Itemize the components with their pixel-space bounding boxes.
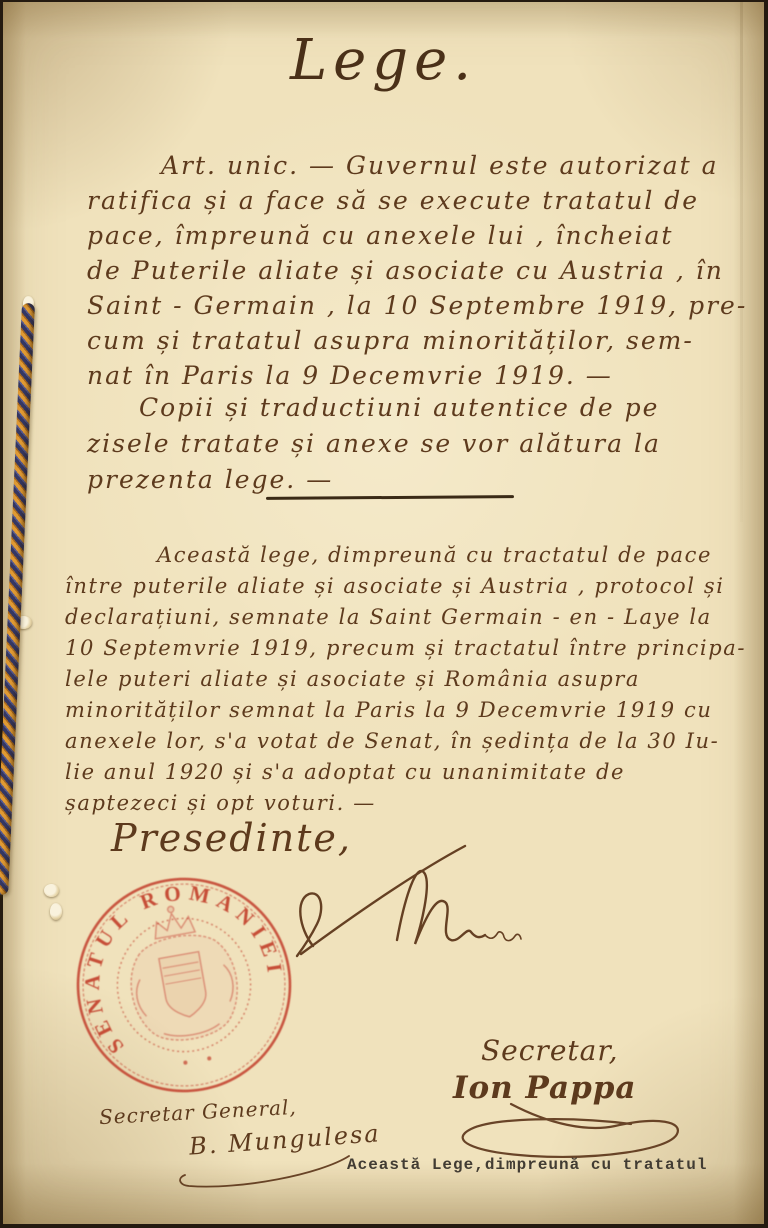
section-divider [266,495,514,500]
secretary-general-flourish [171,1152,361,1196]
manuscript-line: pace, împreună cu anexele lui , încheiat [87,218,747,253]
manuscript-line: declarațiuni, semnate la Saint Germain -… [65,602,746,633]
manuscript-line: de Puterile aliate și asociate cu Austri… [87,253,747,288]
manuscript-line: 10 Septemvrie 1919, precum și tractatul … [65,633,746,664]
manuscript-line: Această lege, dimpreună cu tractatul de … [65,540,746,571]
page-title: Lege. [3,28,764,93]
manuscript-line: cum și tratatul asupra minorităților, se… [87,323,747,358]
manuscript-line: lele puteri aliate și asociate și Români… [65,664,746,695]
manuscript-line: șaptezeci și opt voturi. — [65,788,746,819]
manuscript-line: anexele lor, s'a votat de Senat, în ședi… [65,726,746,757]
manuscript-line: lie anul 1920 și s'a adoptat cu unanimit… [65,757,746,788]
manuscript-line: între puterile aliate și asociate și Aus… [65,571,746,602]
president-signature-flourish [279,842,524,964]
typed-caption: Această Lege,dimpreună cu tratatul [347,1156,707,1174]
secretary-name: Ion Pappa [453,1070,637,1106]
manuscript-line: minorităților semnat la Paris la 9 Decem… [65,695,746,726]
manuscript-line: zisele tratate și anexe se vor alătura l… [87,426,661,462]
manuscript-line: ratifica și a face să se execute tratatu… [87,183,747,218]
manuscript-line: prezenta lege. — [87,462,661,498]
resolution-paragraph: Această lege, dimpreună cu tractatul de … [65,540,746,819]
manuscript-line: nat în Paris la 9 Decemvrie 1919. — [87,358,747,393]
manuscript-line: Copii și traductiuni autentice de pe [87,390,661,426]
manuscript-line: Saint - Germain , la 10 Septembre 1919, … [87,288,747,323]
document-photo: Lege. Art. unic. — Guvernul este autoriz… [0,0,768,1228]
manuscript-page: Lege. Art. unic. — Guvernul este autoriz… [3,2,764,1224]
article-paragraph: Art. unic. — Guvernul este autorizat a r… [87,148,747,393]
senate-seal-stamp: SENATUL ROMANIEI [58,859,311,1112]
binding-hole-bottom [44,884,59,897]
secretary-label: Secretar, [481,1034,619,1067]
copies-paragraph: Copii și traductiuni autentice de pe zis… [87,390,661,498]
manuscript-line: Art. unic. — Guvernul este autorizat a [87,148,747,183]
secretary-signature-flourish [419,1102,699,1164]
cord-bead [50,903,62,920]
binding-cord [0,303,35,895]
